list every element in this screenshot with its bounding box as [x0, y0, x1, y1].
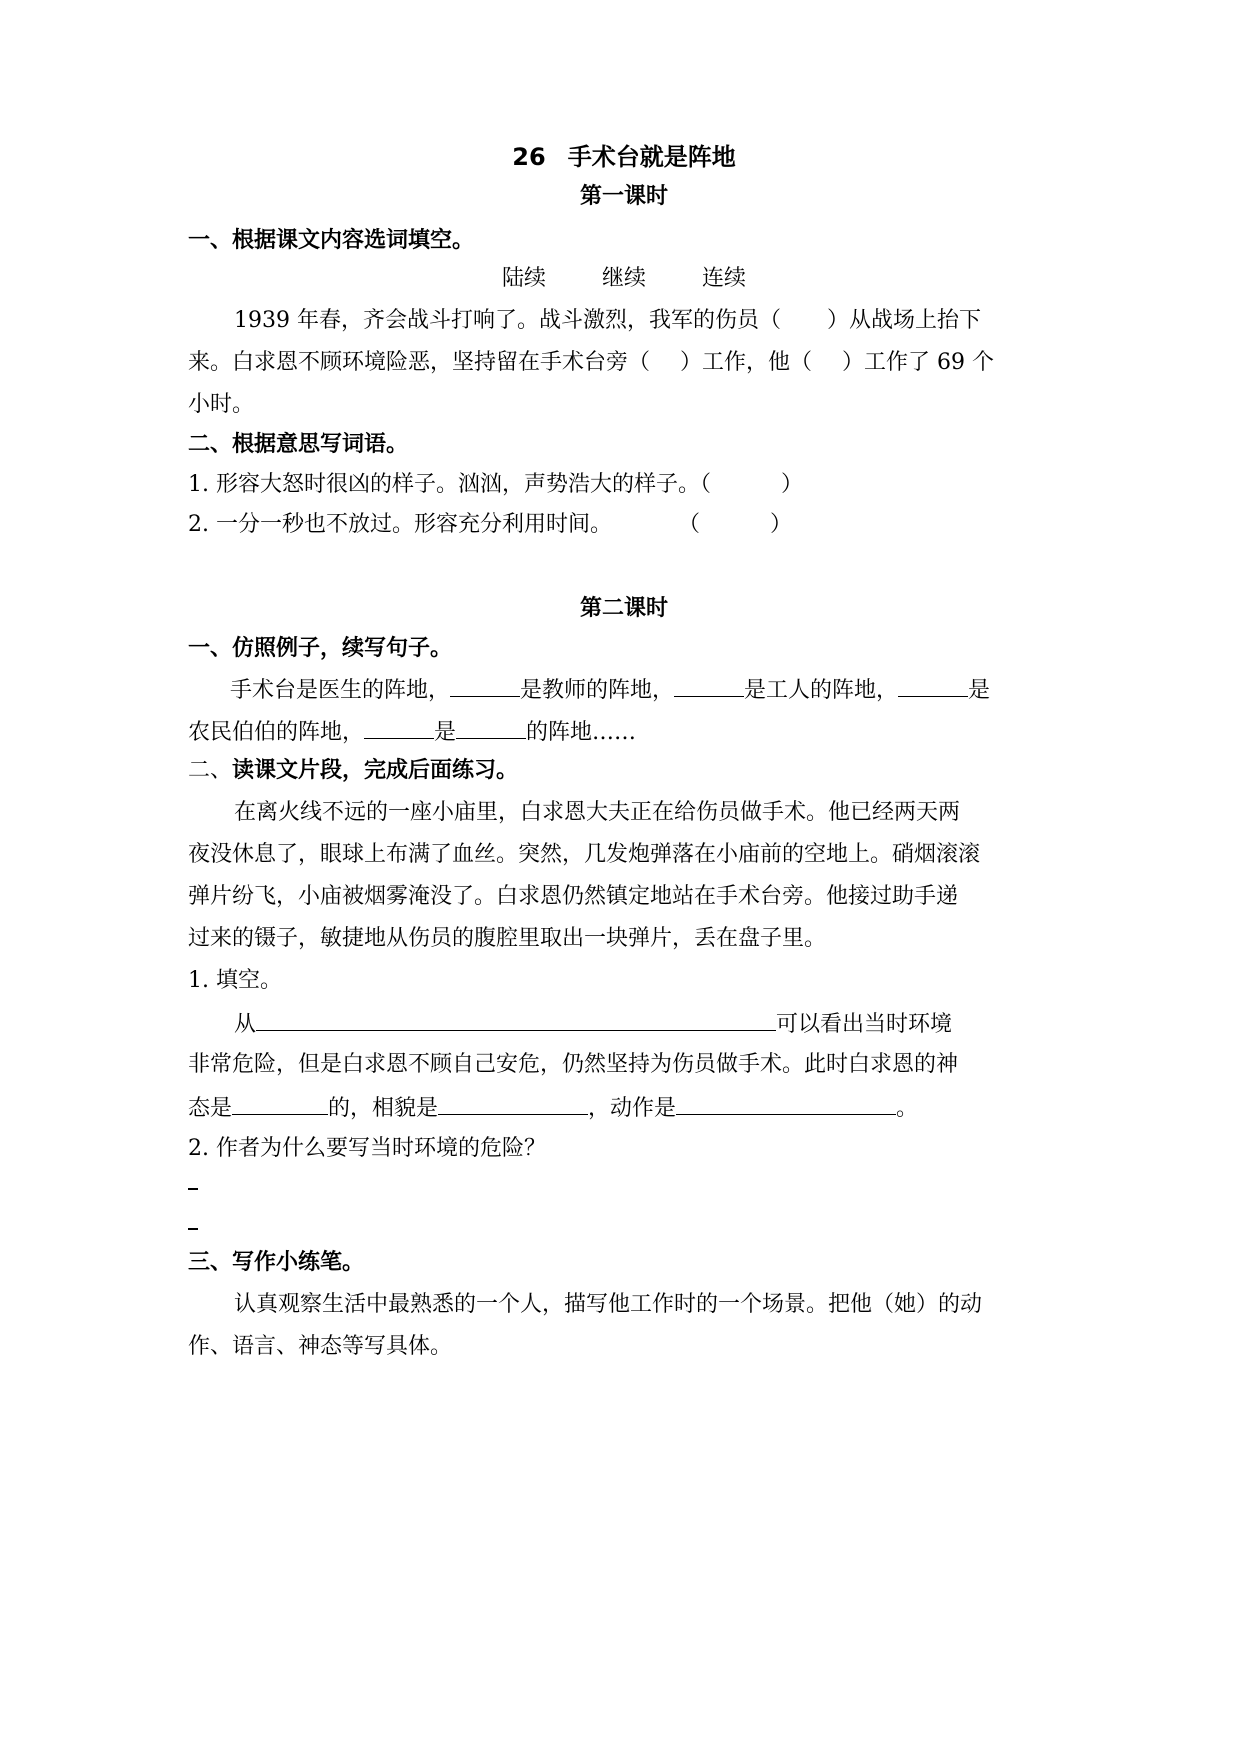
fill-blank[interactable]: [456, 716, 526, 739]
text: 是教师的阵地，: [520, 678, 674, 703]
p2-q2-heading: 二、读课文片段，完成后面练习。: [188, 756, 1060, 786]
p1-q2-item-1: 1. 形容大怒时很凶的样子。汹汹，声势浩大的样子。（）: [188, 470, 1060, 500]
text: 是工人的阵地，: [744, 678, 898, 703]
text: ）工作了 69 个: [842, 350, 994, 375]
p2-q2-sub1-label: 1. 填空。: [188, 966, 1060, 996]
p1-q1-line-3: 小时。: [188, 390, 1060, 420]
text: ）从战场上抬下: [827, 308, 981, 333]
p1-q1-line-1: 1939 年春，齐会战斗打响了。战斗激烈，我军的伤员（）从战场上抬下: [188, 306, 1060, 336]
text: 来。白求恩不顾环境险恶，坚持留在手术台旁（: [188, 350, 650, 375]
p2-q1-line-1: 手术台是医生的阵地，是教师的阵地，是工人的阵地，是: [188, 674, 1060, 706]
lesson-title: 26手术台就是阵地: [188, 142, 1060, 172]
fill-blank[interactable]: [676, 1092, 896, 1115]
text: （: [678, 512, 700, 537]
word-options: 陆续继续连续: [188, 264, 1060, 294]
fill-blank[interactable]: [232, 1092, 328, 1115]
text: 是: [968, 678, 990, 703]
p2-q2-sub2-label: 2. 作者为什么要写当时环境的危险？: [188, 1134, 1060, 1164]
answer-line[interactable]: [188, 1188, 198, 1190]
period-2-label: 第二课时: [188, 594, 1060, 624]
text: 的阵地……: [526, 720, 636, 745]
text: 可以看出当时环境: [776, 1012, 952, 1037]
text: ）: [770, 512, 792, 537]
text: 1. 形容大怒时很凶的样子。汹汹，声势浩大的样子。（: [188, 472, 711, 497]
lesson-number: 26: [512, 143, 545, 171]
fill-blank[interactable]: [438, 1092, 588, 1115]
text: ）: [781, 472, 803, 497]
text: 二、: [188, 758, 232, 783]
word-option: 陆续: [502, 266, 546, 291]
period-1-label: 第一课时: [188, 182, 1060, 212]
passage-line: 弹片纷飞，小庙被烟雾淹没了。白求恩仍然镇定地站在手术台旁。他接过助手递: [188, 882, 1060, 912]
p2-q2-sub1-line-3: 态是的，相貌是，动作是。: [188, 1092, 1060, 1124]
p1-q1-line-2: 来。白求恩不顾环境险恶，坚持留在手术台旁（）工作，他（）工作了 69 个: [188, 348, 1060, 378]
text: 2. 一分一秒也不放过。形容充分利用时间。: [188, 512, 612, 537]
text: 态是: [188, 1096, 232, 1121]
p2-q2-sub1-line-1: 从可以看出当时环境: [188, 1008, 1060, 1040]
text: 从: [234, 1012, 256, 1037]
passage-line: 夜没休息了，眼球上布满了血丝。突然，几发炮弹落在小庙前的空地上。硝烟滚滚: [188, 840, 1060, 870]
text: 农民伯伯的阵地，: [188, 720, 364, 745]
answer-line[interactable]: [188, 1228, 198, 1230]
text: 手术台是医生的阵地，: [230, 678, 450, 703]
fill-blank[interactable]: [256, 1008, 776, 1031]
p2-q2-sub1-line-2: 非常危险，但是白求恩不顾自己安危，仍然坚持为伤员做手术。此时白求恩的神: [188, 1050, 1060, 1080]
p2-q3-line-2: 作、语言、神态等写具体。: [188, 1332, 1060, 1362]
p2-q3-heading: 三、写作小练笔。: [188, 1248, 1060, 1278]
text: 的，相貌是: [328, 1096, 438, 1121]
p1-q1-heading: 一、根据课文内容选词填空。: [188, 226, 1060, 256]
p2-q3-line-1: 认真观察生活中最熟悉的一个人，描写他工作时的一个场景。把他（她）的动: [188, 1290, 1060, 1320]
text: 。: [896, 1096, 918, 1121]
word-option: 继续: [602, 266, 646, 291]
passage-line: 在离火线不远的一座小庙里，白求恩大夫正在给伤员做手术。他已经两天两: [188, 798, 1060, 828]
fill-blank[interactable]: [674, 674, 744, 697]
p2-q1-line-2: 农民伯伯的阵地，是的阵地……: [188, 716, 1060, 748]
text: ，动作是: [588, 1096, 676, 1121]
text: 1939 年春，齐会战斗打响了。战斗激烈，我军的伤员（: [234, 308, 781, 333]
word-option: 连续: [702, 266, 746, 291]
text: 读课文片段，完成后面练习。: [232, 758, 518, 783]
fill-blank[interactable]: [898, 674, 968, 697]
lesson-title-text: 手术台就是阵地: [568, 143, 736, 171]
text: 是: [434, 720, 456, 745]
text: ）工作，他（: [680, 350, 812, 375]
fill-blank[interactable]: [450, 674, 520, 697]
passage-line: 过来的镊子，敏捷地从伤员的腹腔里取出一块弹片，丢在盘子里。: [188, 924, 1060, 954]
p2-q1-heading: 一、仿照例子，续写句子。: [188, 634, 1060, 664]
p1-q2-heading: 二、根据意思写词语。: [188, 430, 1060, 460]
p1-q2-item-2: 2. 一分一秒也不放过。形容充分利用时间。（）: [188, 510, 1060, 540]
fill-blank[interactable]: [364, 716, 434, 739]
